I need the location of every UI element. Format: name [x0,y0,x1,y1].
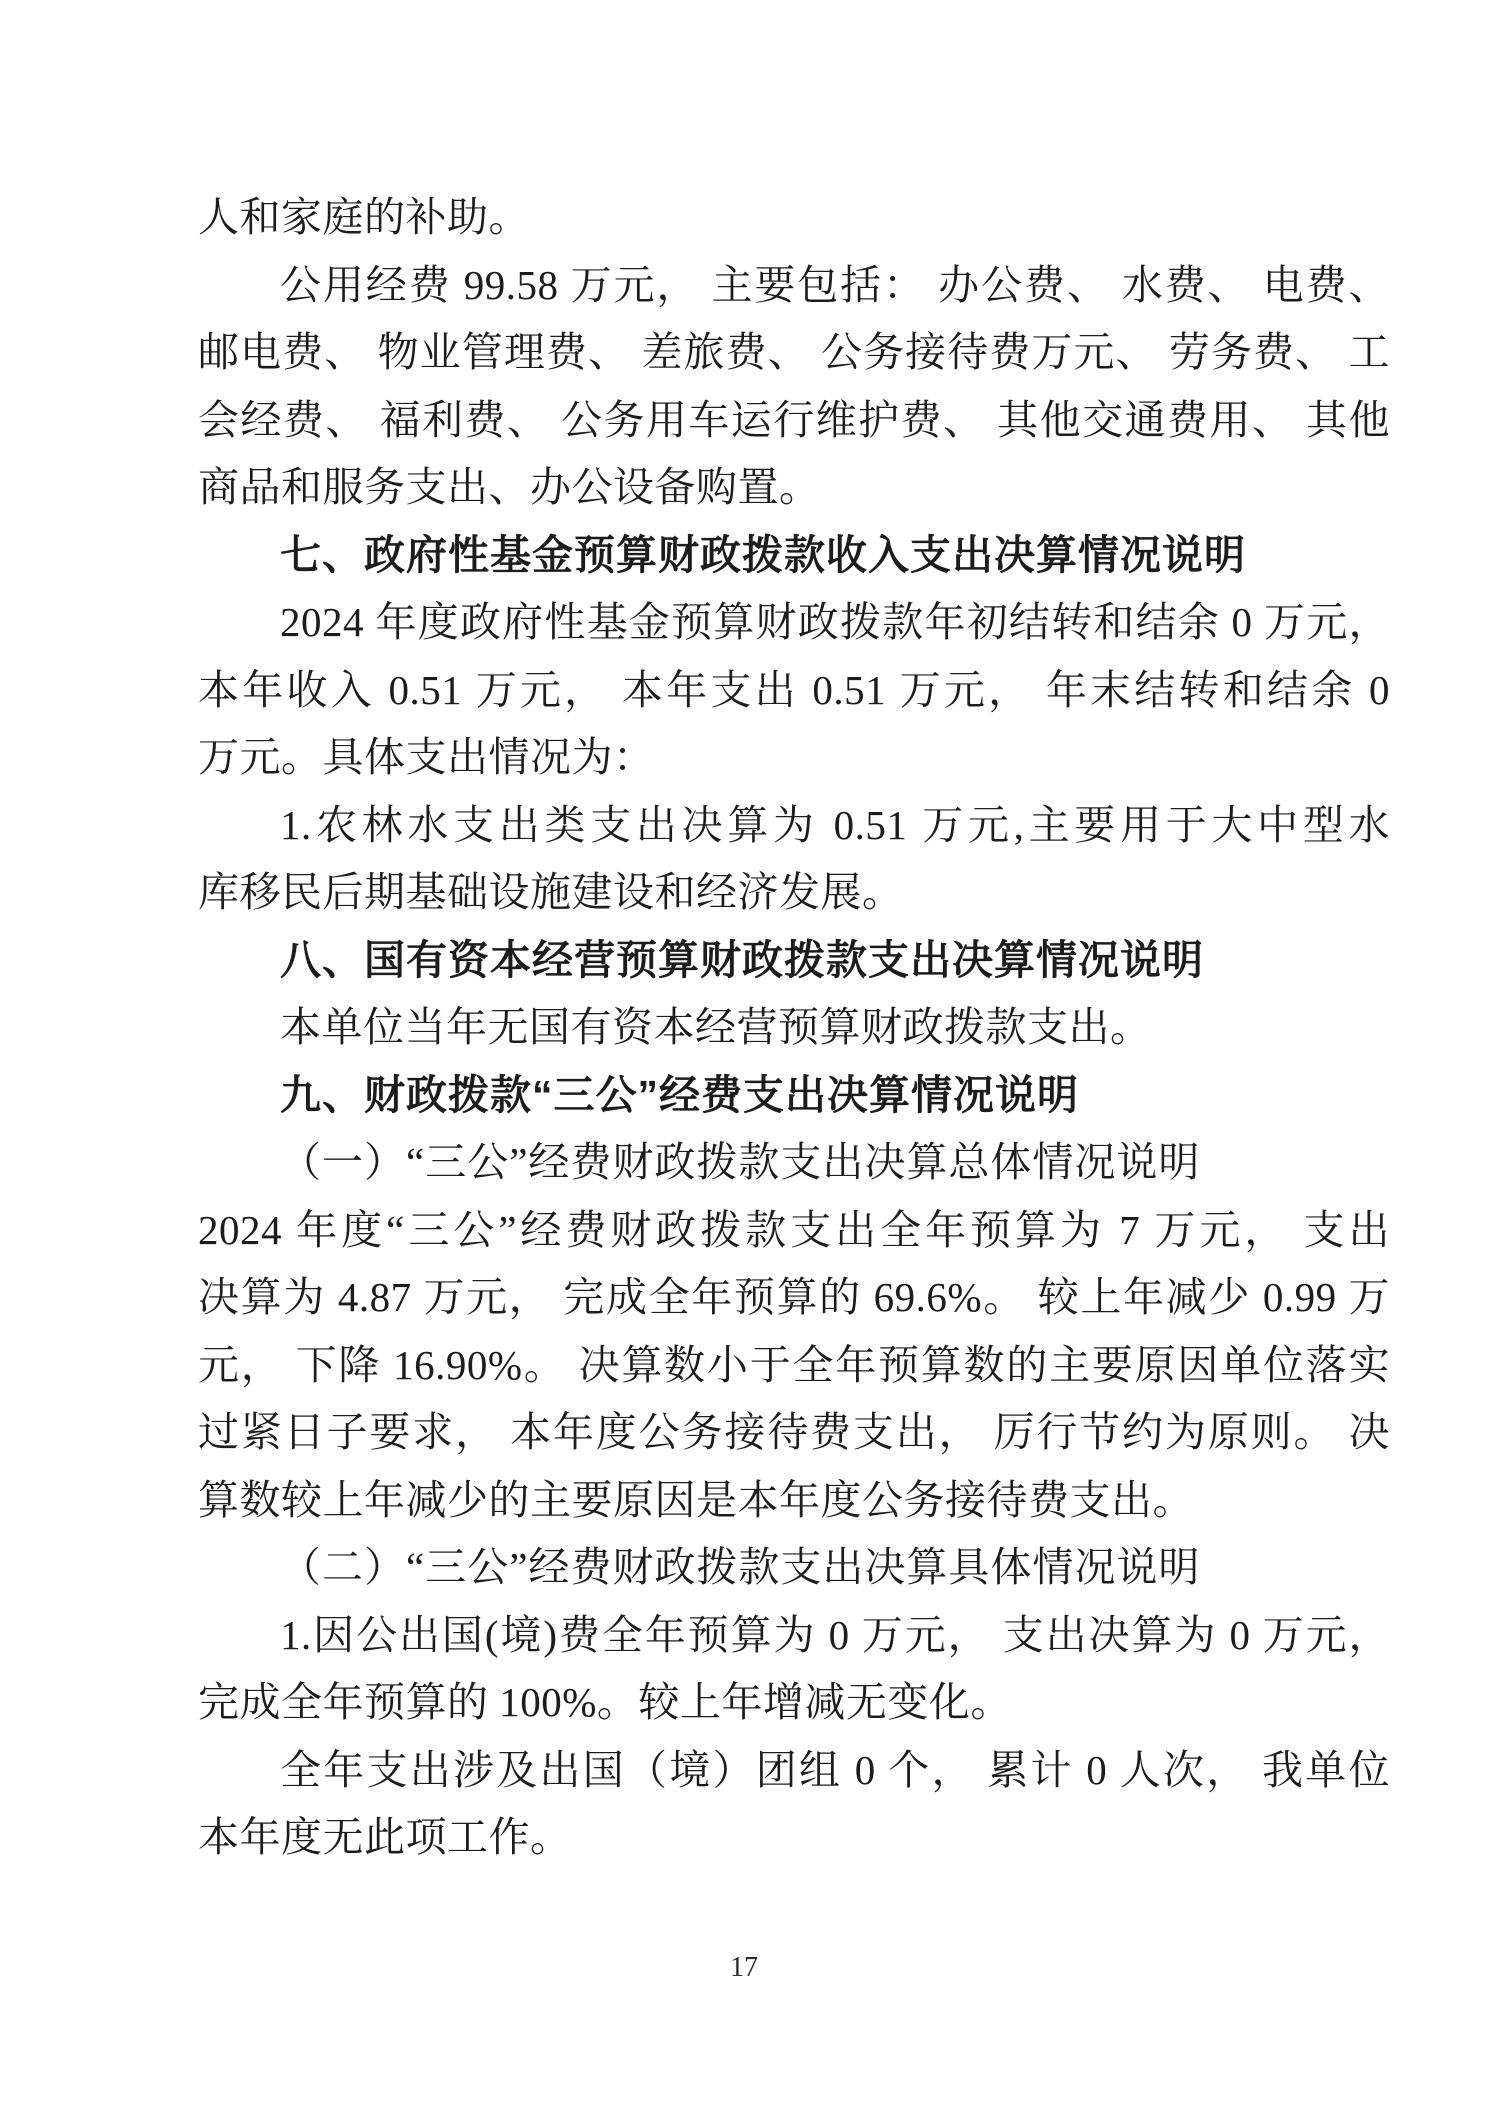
page-number: 17 [0,1952,1488,1984]
text-line: 本单位当年无国有资本经营预算财政拨款支出。 [198,994,1390,1062]
text-line: 2024 年度政府性基金预算财政拨款年初结转和结余 0 万元， [198,589,1390,657]
document-text-block: 人和家庭的补助。公用经费 99.58 万元， 主要包括： 办公费、 水费、 电费… [198,184,1390,1872]
text-line: 2024 年度“三公”经费财政拨款支出全年预算为 7 万元， 支出 [198,1197,1390,1265]
text-line: 本年度无此项工作。 [198,1804,1390,1872]
text-line: 1.农林水支出类支出决算为 0.51 万元,主要用于大中型水 [198,792,1390,860]
text-line: 本年收入 0.51 万元， 本年支出 0.51 万元， 年末结转和结余 0 [198,657,1390,725]
sub-heading: （一）“三公”经费财政拨款支出决算总体情况说明 [198,1129,1390,1197]
text-line: 人和家庭的补助。 [198,184,1390,252]
text-line: 1.因公出国(境)费全年预算为 0 万元， 支出决算为 0 万元， [198,1602,1390,1670]
sub-heading: （二）“三公”经费财政拨款支出决算具体情况说明 [198,1534,1390,1602]
text-line: 元， 下降 16.90%。 决算数小于全年预算数的主要原因单位落实 [198,1332,1390,1400]
text-line: 全年支出涉及出国（境）团组 0 个， 累计 0 人次， 我单位 [198,1737,1390,1805]
text-line: 过紧日子要求， 本年度公务接待费支出， 厉行节约为原则。 决 [198,1399,1390,1467]
text-line: 库移民后期基础设施建设和经济发展。 [198,859,1390,927]
text-line: 算数较上年减少的主要原因是本年度公务接待费支出。 [198,1467,1390,1535]
text-line: 万元。具体支出情况为： [198,724,1390,792]
text-line: 商品和服务支出、办公设备购置。 [198,454,1390,522]
text-line: 邮电费、 物业管理费、 差旅费、 公务接待费万元、 劳务费、 工 [198,319,1390,387]
text-line: 完成全年预算的 100%。较上年增减无变化。 [198,1669,1390,1737]
section-heading: 八、国有资本经营预算财政拨款支出决算情况说明 [198,927,1390,995]
text-line: 会经费、 福利费、 公务用车运行维护费、 其他交通费用、 其他 [198,387,1390,455]
document-page: 人和家庭的补助。公用经费 99.58 万元， 主要包括： 办公费、 水费、 电费… [0,0,1488,2104]
section-heading: 七、政府性基金预算财政拨款收入支出决算情况说明 [198,522,1390,590]
text-line: 决算为 4.87 万元， 完成全年预算的 69.6%。 较上年减少 0.99 万 [198,1264,1390,1332]
section-heading: 九、财政拨款“三公”经费支出决算情况说明 [198,1062,1390,1130]
text-line: 公用经费 99.58 万元， 主要包括： 办公费、 水费、 电费、 [198,252,1390,320]
